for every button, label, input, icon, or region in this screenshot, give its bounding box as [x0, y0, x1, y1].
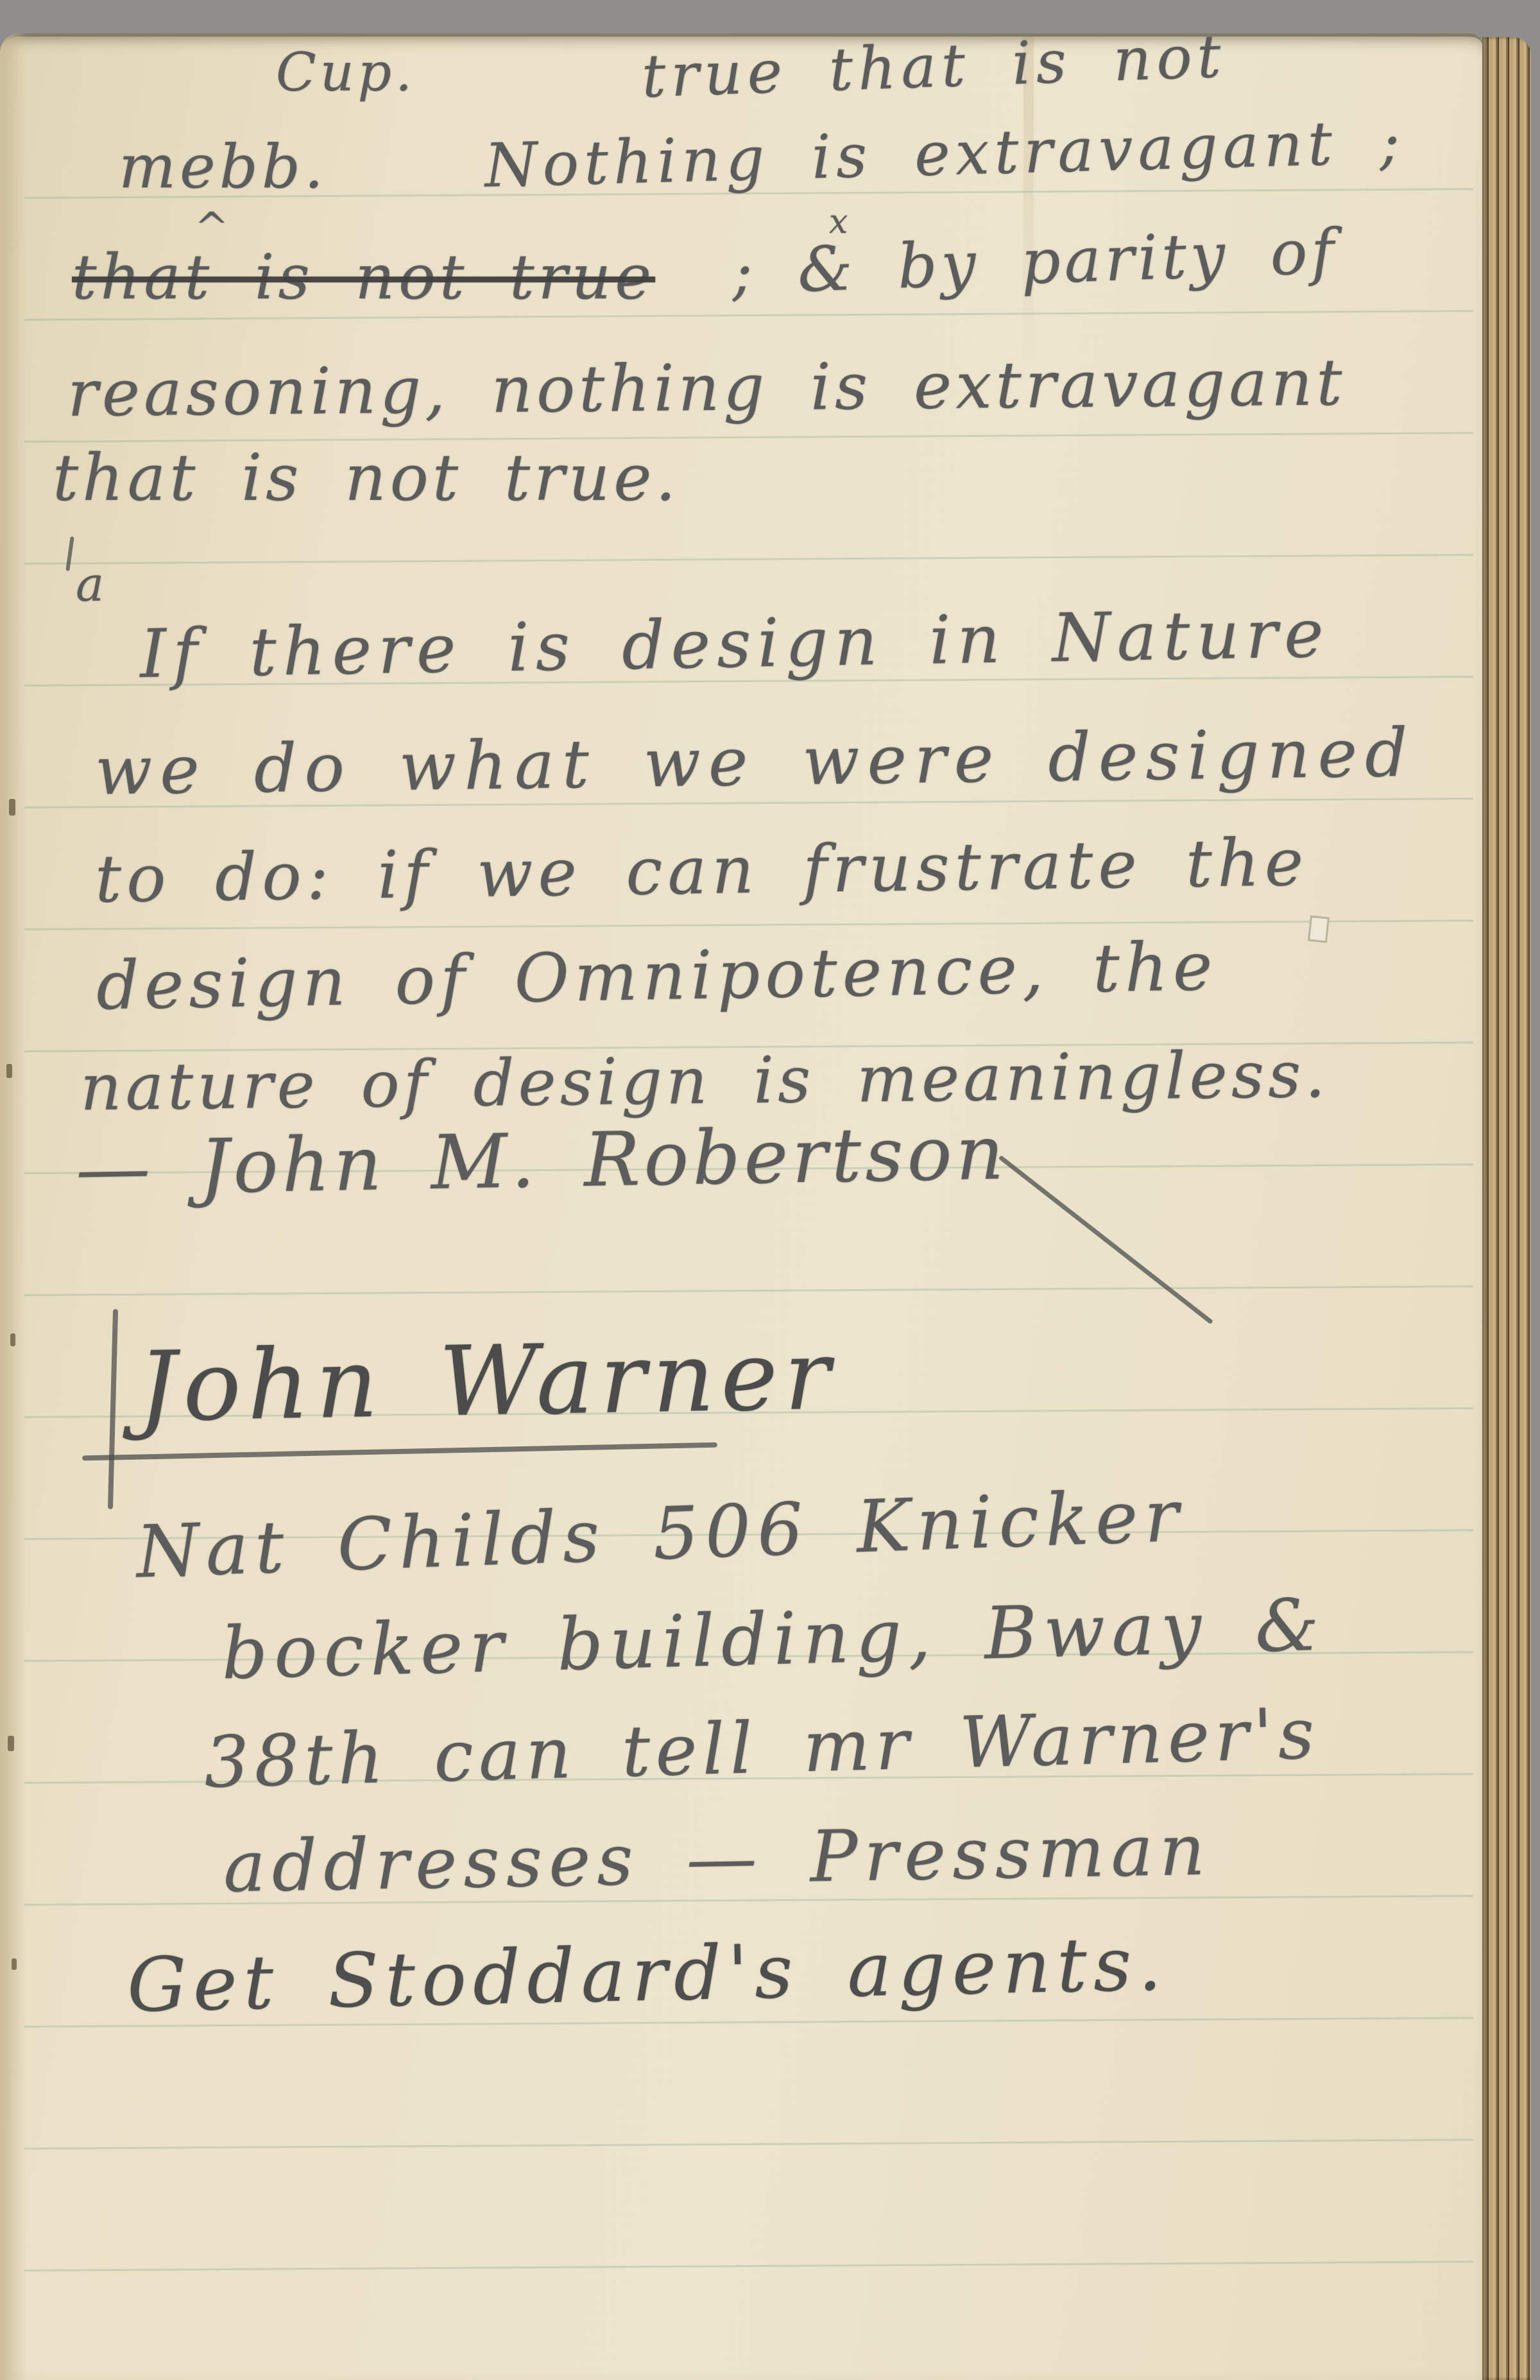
binding-speck: [12, 1958, 17, 1970]
name-entry: John Warner: [137, 1320, 838, 1444]
heading-left: Cup.: [276, 42, 416, 103]
quote-line: nature of design is meaningless.: [80, 1037, 1329, 1125]
note1-line4: that is not true.: [53, 440, 680, 515]
binding-speck: [8, 1736, 14, 1751]
binding-edge: [0, 33, 27, 2380]
paper-blemish: [1308, 916, 1330, 943]
notebook-scan: Cup. true that is not mebb. Nothing is e…: [0, 0, 1540, 2380]
binding-speck: [10, 1333, 15, 1346]
note1-line3: reasoning, nothing is extravagant: [67, 345, 1346, 431]
binding-speck: [9, 799, 15, 816]
note1-line1-lead: mebb.: [119, 132, 327, 202]
page-edge-stack: [1482, 37, 1531, 2380]
note1-line2-struck-text: that is not true: [72, 241, 655, 313]
note-line: addresses — Pressman: [223, 1809, 1212, 1908]
margin-mark: a: [76, 557, 108, 612]
quote-attribution: — John M. Robertson: [75, 1109, 1008, 1212]
binding-speck: [6, 1064, 12, 1078]
